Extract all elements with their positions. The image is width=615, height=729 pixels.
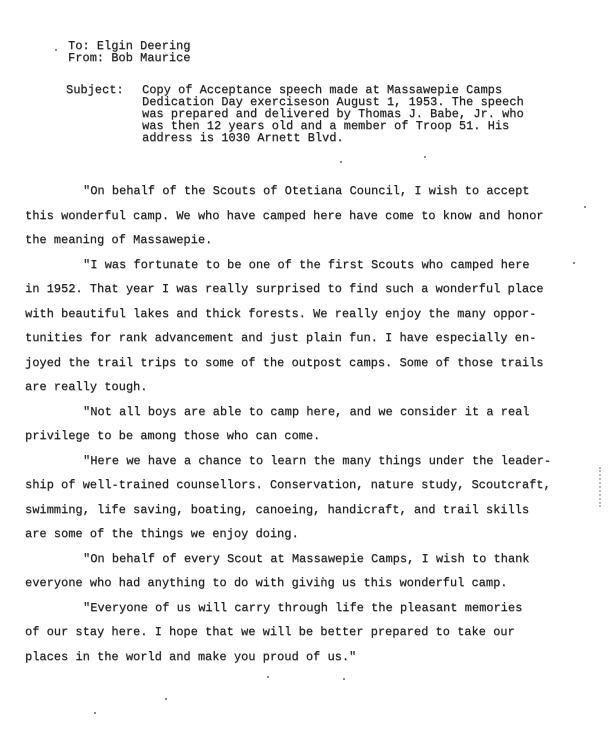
scan-speck xyxy=(322,577,324,579)
paragraph: "I was fortunate to be one of the first … xyxy=(25,253,551,400)
body-line: "Not all boys are able to camp here, and… xyxy=(25,400,551,425)
scan-speck xyxy=(165,698,167,700)
body-line: in 1952. That year I was really surprise… xyxy=(25,277,551,302)
paragraph: "Not all boys are able to camp here, and… xyxy=(25,400,551,449)
body-line: are some of the things we enjoy doing. xyxy=(25,522,551,547)
body-line: everyone who had anything to do with giv… xyxy=(25,571,551,596)
scan-speck xyxy=(340,161,342,163)
memo-from-line: From: Bob Maurice xyxy=(68,52,190,64)
memo-subject-line: address is 1030 Arnett Blvd. xyxy=(142,132,524,144)
body-line: swimming, life saving, boating, canoeing… xyxy=(25,498,551,523)
memo-subject: Subject: Copy of Acceptance speech made … xyxy=(66,84,524,144)
scan-speck xyxy=(267,676,269,678)
body-line: tunities for rank advancement and just p… xyxy=(25,326,551,351)
paragraph: "On behalf of the Scouts of Otetiana Cou… xyxy=(25,179,551,253)
scan-speck xyxy=(584,206,586,208)
paragraph: "On behalf of every Scout at Massawepie … xyxy=(25,547,551,596)
body-line: "On behalf of every Scout at Massawepie … xyxy=(25,547,551,572)
scan-speck xyxy=(55,49,57,51)
body-line: "I was fortunate to be one of the first … xyxy=(25,253,551,278)
body-line: the meaning of Massawepie. xyxy=(25,228,551,253)
body-line: ship of well-trained counsellors. Conser… xyxy=(25,473,551,498)
scan-speck xyxy=(343,678,345,680)
scan-speck xyxy=(94,712,96,714)
body-line: "Everyone of us will carry through life … xyxy=(25,596,551,621)
scan-speck xyxy=(424,156,426,158)
body-line: are really tough. xyxy=(25,375,551,400)
memo-document: To: Elgin Deering From: Bob Maurice Subj… xyxy=(0,0,615,729)
memo-subject-label: Subject: xyxy=(66,84,142,96)
body-line: this wonderful camp. We who have camped … xyxy=(25,204,551,229)
paragraph: "Everyone of us will carry through life … xyxy=(25,596,551,670)
memo-subject-text: Copy of Acceptance speech made at Massaw… xyxy=(142,84,524,144)
body-line: joyed the trail trips to some of the out… xyxy=(25,351,551,376)
memo-body: "On behalf of the Scouts of Otetiana Cou… xyxy=(25,179,551,669)
body-line: "On behalf of the Scouts of Otetiana Cou… xyxy=(25,179,551,204)
body-line: "Here we have a chance to learn the many… xyxy=(25,449,551,474)
body-line: of our stay here. I hope that we will be… xyxy=(25,620,551,645)
body-line: places in the world and make you proud o… xyxy=(25,645,551,670)
body-line: privilege to be among those who can come… xyxy=(25,424,551,449)
body-line: with beautiful lakes and thick forests. … xyxy=(25,302,551,327)
scan-edge-artifact xyxy=(599,467,601,507)
paragraph: "Here we have a chance to learn the many… xyxy=(25,449,551,547)
memo-header: To: Elgin Deering From: Bob Maurice xyxy=(68,40,190,65)
scan-speck xyxy=(573,262,575,264)
